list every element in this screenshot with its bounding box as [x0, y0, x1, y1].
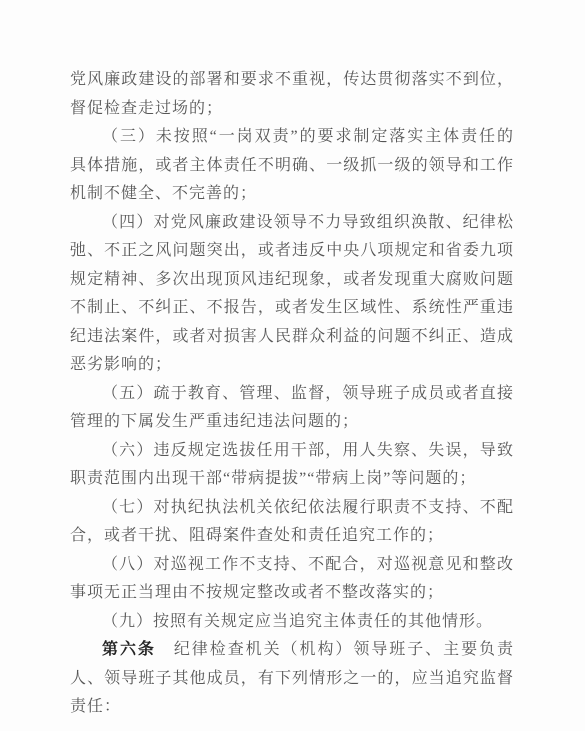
text-line: 责任：: [70, 693, 514, 722]
text-line: 管理的下属发生严重违纪违法问题的；: [70, 408, 514, 437]
document-text: 党风廉政建设的部署和要求不重视，传达贯彻落实不到位，督促检查走过场的；（三）未按…: [70, 66, 514, 722]
text-line: 第六条 纪律检查机关（机构）领导班子、主要负责: [70, 636, 514, 665]
text-line: 机制不健全、不完善的；: [70, 180, 514, 209]
text-line: 弛、不正之风问题突出，或者违反中央八项规定和省委九项: [70, 237, 514, 266]
text-line: 规定精神、多次出现顶风违纪现象，或者发现重大腐败问题: [70, 266, 514, 295]
text-line: 纪违法案件，或者对损害人民群众利益的问题不纠正、造成: [70, 323, 514, 352]
document-page: 党风廉政建设的部署和要求不重视，传达贯彻落实不到位，督促检查走过场的；（三）未按…: [0, 0, 585, 731]
article-number: 第六条: [102, 641, 156, 658]
text-line: （三）未按照“一岗双责”的要求制定落实主体责任的: [70, 123, 514, 152]
text-line: （九）按照有关规定应当追究主体责任的其他情形。: [70, 608, 514, 637]
text-line: 事项无正当理由不按规定整改或者不整改落实的；: [70, 579, 514, 608]
text-line: （六）违反规定选拔任用干部，用人失察、失误，导致: [70, 437, 514, 466]
text-line: 具体措施，或者主体责任不明确、一级抓一级的领导和工作: [70, 152, 514, 181]
text-line: （四）对党风廉政建设领导不力导致组织涣散、纪律松: [70, 209, 514, 238]
text-line: 人、领导班子其他成员，有下列情形之一的，应当追究监督: [70, 665, 514, 694]
text-line: （七）对执纪执法机关依纪依法履行职责不支持、不配: [70, 494, 514, 523]
text-line: 不制止、不纠正、不报告，或者发生区域性、系统性严重违: [70, 294, 514, 323]
text-line: 合，或者干扰、阻碍案件查处和责任追究工作的；: [70, 522, 514, 551]
text-line: （八）对巡视工作不支持、不配合，对巡视意见和整改: [70, 551, 514, 580]
text-line: 恶劣影响的；: [70, 351, 514, 380]
text-line: 职责范围内出现干部“带病提拔”“带病上岗”等问题的；: [70, 465, 514, 494]
text-line: （五）疏于教育、管理、监督，领导班子成员或者直接: [70, 380, 514, 409]
text-line: 党风廉政建设的部署和要求不重视，传达贯彻落实不到位，: [70, 66, 514, 95]
text-line: 督促检查走过场的；: [70, 95, 514, 124]
